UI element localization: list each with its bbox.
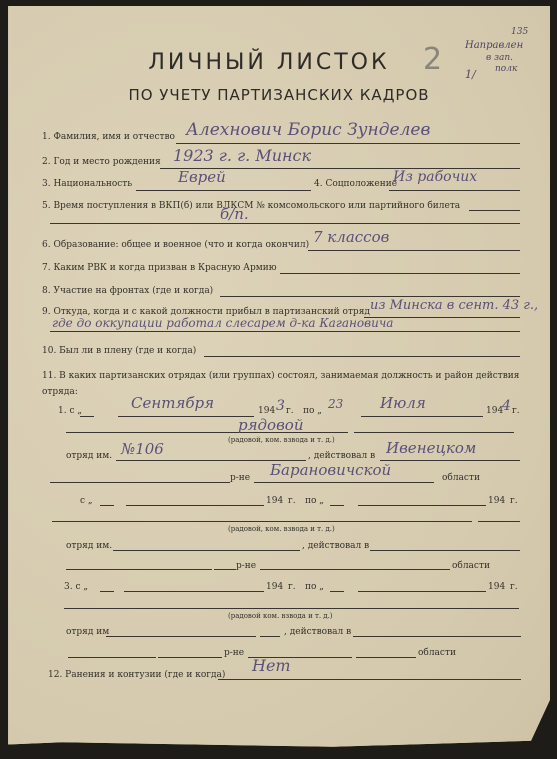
- field-7-line: [280, 273, 520, 274]
- entry-1-g2: г.: [512, 406, 520, 416]
- entry-2-prefix: с „: [80, 496, 93, 506]
- field-12-value[interactable]: Нет: [252, 656, 291, 675]
- entry-1-acted-line: [380, 460, 520, 461]
- corner-mark: 1/: [465, 68, 476, 81]
- entry-1-year-from-suffix[interactable]: 3: [276, 398, 285, 414]
- entry-3-g1: г.: [288, 582, 296, 592]
- entry-3-rayon-label: р-не: [224, 648, 244, 658]
- field-6-value[interactable]: 7 классов: [313, 228, 389, 246]
- entry-3-day-to-line: [330, 591, 344, 592]
- entry-3-year-to: 194: [488, 582, 505, 592]
- entry-3-oblast-label: области: [418, 648, 456, 658]
- entry-1-prefix: 1. с „: [58, 406, 82, 416]
- document-page: ЛИЧНЫЙ ЛИСТОК ПО УЧЕТУ ПАРТИЗАНСКИХ КАДР…: [8, 6, 550, 752]
- entry-2-day-to-line: [330, 505, 344, 506]
- entry-3-acted-line: [353, 636, 521, 637]
- entry-1-po: по „: [303, 406, 322, 416]
- corner-note-line2: в зап.: [486, 53, 513, 63]
- entry-1-oblast-label: области: [442, 473, 480, 483]
- field-3-value[interactable]: Еврей: [178, 168, 226, 186]
- entry-2-year-to: 194: [488, 496, 505, 506]
- entry-3-position-line: [64, 608, 519, 609]
- entry-1-otryad-label: отряд им.: [66, 451, 112, 461]
- entry-3-month-to-line: [358, 591, 486, 592]
- entry-1-position[interactable]: рядовой: [238, 416, 304, 434]
- entry-2-g1: г.: [288, 496, 296, 506]
- archive-number: 135: [511, 27, 528, 37]
- entry-3-prefix: 3. с „: [64, 582, 88, 592]
- field-9-value-line1[interactable]: из Минска в сент. 43 г.,: [370, 298, 538, 313]
- field-1-label: 1. Фамилия, имя и отчество: [42, 132, 175, 142]
- entry-3-g2: г.: [510, 582, 518, 592]
- entry-2-otryad-line: [113, 550, 300, 551]
- field-2-label: 2. Год и место рождения: [42, 157, 161, 167]
- field-5-line-a: [469, 210, 520, 211]
- entry-2-year-from: 194: [266, 496, 283, 506]
- entry-1-acted-label: , действовал в: [308, 451, 375, 461]
- entry-2-acted-line: [370, 550, 520, 551]
- entry-2-acted-label: , действовал в: [302, 541, 369, 551]
- field-4-line: [389, 190, 520, 191]
- entry-1-position-line-b: [354, 432, 514, 433]
- entry-1-acted-value[interactable]: Ивенецком: [386, 439, 476, 457]
- entry-2-rayon-label: р-не: [236, 561, 256, 571]
- entry-1-year-from-prefix: 194: [258, 406, 275, 416]
- field-8-line: [220, 296, 520, 297]
- entry-1-rayon-line: [254, 482, 434, 483]
- entry-2-position-caption: (радовой, ком. взвода и т. д.): [228, 525, 335, 533]
- entry-3-day-from-line: [100, 591, 114, 592]
- field-3-line: [136, 190, 311, 191]
- field-5-line-b: [50, 223, 520, 224]
- entry-2-month-from-line: [126, 505, 264, 506]
- entry-1-otryad-value[interactable]: №106: [121, 440, 164, 458]
- entry-3-position-caption: (радовой ком. взвода и т. д.): [228, 612, 333, 620]
- entry-2-rayon-line-a: [66, 569, 212, 570]
- field-8-label: 8. Участие на фронтах (где и когда): [42, 286, 213, 296]
- entry-3-rayon-line-a: [68, 657, 156, 658]
- corner-note-line1: Направлен: [465, 40, 523, 51]
- entry-1-day-from-line: [80, 416, 94, 417]
- field-11-label: 11. В каких партизанских отрядах (или гр…: [42, 368, 520, 400]
- entry-3-year-from: 194: [266, 582, 283, 592]
- entry-1-g1: г.: [286, 406, 294, 416]
- entry-1-day-to[interactable]: 23: [328, 397, 343, 411]
- field-9-value-line2[interactable]: где до оккупации работал слесарем д-ка К…: [52, 316, 393, 330]
- entry-2-rayon-line: [260, 569, 450, 570]
- entry-3-acted-label: , действовал в: [284, 627, 351, 637]
- entry-2-rayon-line-b: [214, 569, 236, 570]
- entry-1-month-to-line: [361, 416, 483, 417]
- entry-2-g2: г.: [510, 496, 518, 506]
- corner-note-line3: полк: [495, 64, 517, 74]
- entry-1-month-from[interactable]: Сентября: [131, 394, 214, 412]
- entry-1-month-from-line: [118, 416, 254, 417]
- field-12-label: 12. Ранения и контузии (где и когда): [48, 670, 225, 680]
- entry-2-po: по „: [305, 496, 324, 506]
- entry-3-rayon-line-c: [356, 657, 416, 658]
- field-4-label: 4. Соцположение: [314, 179, 397, 189]
- pencil-mark: 2: [423, 42, 442, 77]
- field-1-line: [176, 143, 520, 144]
- field-2-value[interactable]: 1923 г. г. Минск: [173, 146, 311, 165]
- field-9-line-b: [50, 331, 520, 332]
- entry-1-rayon-label: р-не: [230, 473, 250, 483]
- entry-1-rayon-value[interactable]: Барановичской: [270, 461, 391, 479]
- field-5-label: 5. Время поступления в ВКП(б) или ВЛКСМ …: [42, 201, 460, 211]
- entry-1-position-line: [66, 432, 348, 433]
- field-1-value[interactable]: Алехнович Борис Зунделев: [186, 120, 430, 140]
- entry-1-rayon-line-a: [50, 482, 230, 483]
- entry-1-month-to[interactable]: Июля: [380, 394, 426, 412]
- field-3-label: 3. Национальность: [42, 179, 132, 189]
- entry-2-position-line-b: [478, 521, 520, 522]
- entry-3-rayon-line-b: [158, 657, 222, 658]
- field-4-value[interactable]: Из рабочих: [393, 169, 477, 185]
- field-12-line: [218, 679, 521, 680]
- entry-3-month-from-line: [124, 591, 264, 592]
- entry-3-otryad-line: [106, 636, 256, 637]
- entry-1-position-caption: (радовой, ком. взвода и т. д.): [228, 436, 335, 444]
- entry-3-po: по „: [305, 582, 324, 592]
- entry-2-day-from-line: [100, 505, 114, 506]
- field-10-label: 10. Был ли в плену (где и когда): [42, 346, 196, 356]
- field-5-value[interactable]: б/п.: [220, 205, 249, 223]
- field-7-label: 7. Каким РВК и когда призван в Красную А…: [42, 263, 277, 273]
- field-6-label: 6. Образование: общее и военное (что и к…: [42, 240, 309, 250]
- field-10-line: [204, 356, 520, 357]
- entry-3-otryad-label: отряд им: [66, 627, 109, 637]
- entry-3-otryad-line-b: [260, 636, 280, 637]
- entry-1-year-to-prefix: 194: [486, 406, 503, 416]
- field-6-line: [308, 250, 520, 251]
- entry-2-otryad-label: отряд им.: [66, 541, 112, 551]
- entry-2-position-line: [52, 521, 472, 522]
- document-subtitle: ПО УЧЕТУ ПАРТИЗАНСКИХ КАДРОВ: [8, 86, 550, 104]
- entry-2-oblast-label: области: [452, 561, 490, 571]
- entry-2-month-to-line: [358, 505, 486, 506]
- entry-1-year-to-suffix[interactable]: 4: [502, 398, 511, 414]
